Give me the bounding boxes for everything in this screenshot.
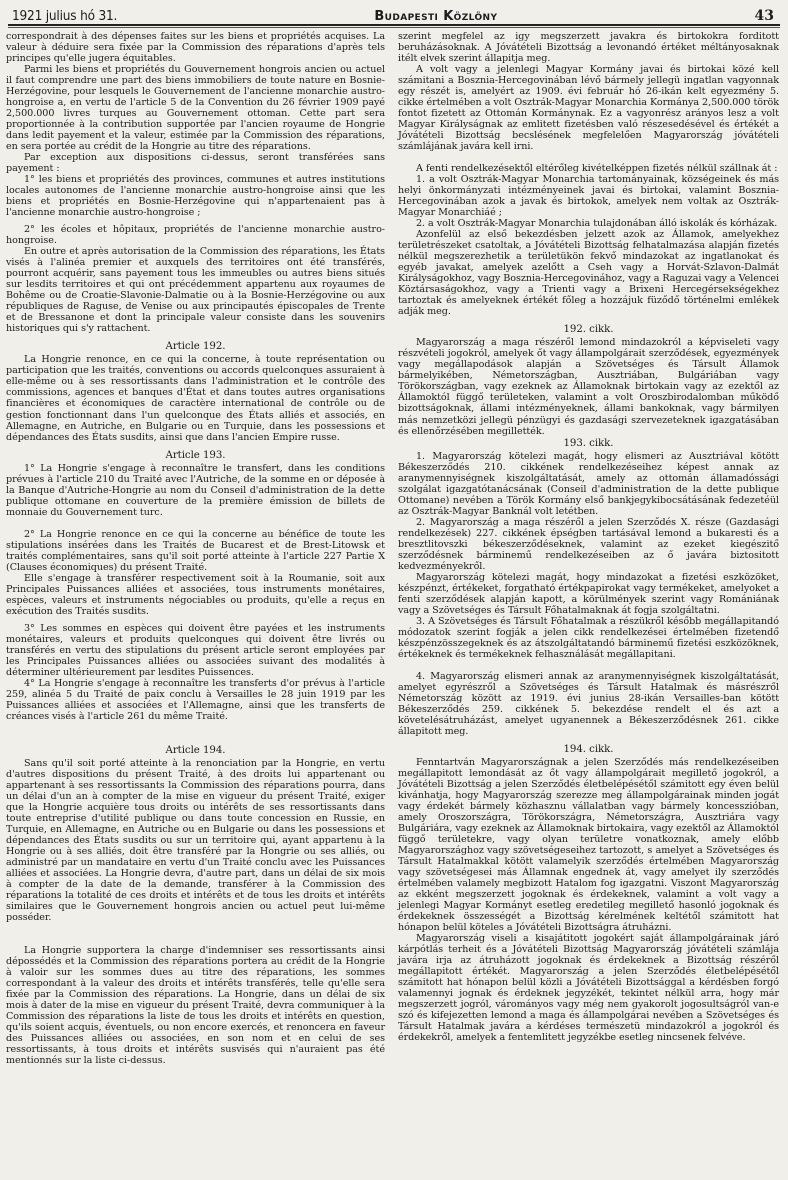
- paragraph: 2° La Hongrie renonce en ce qui la conce…: [6, 529, 385, 573]
- article-heading: 193. cikk.: [398, 437, 779, 451]
- paragraph: 4. Magyarország elismeri annak az aranym…: [398, 671, 779, 737]
- paragraph: Magyarország viseli a kisajátitott jogok…: [398, 933, 779, 1043]
- paragraph: A fenti rendelkezésektől eltérőleg kivét…: [398, 163, 779, 174]
- paragraph: 1. Magyarország kötelezi magát, hogy eli…: [398, 451, 779, 517]
- publication-title: Budapesti Közlöny: [374, 9, 497, 24]
- paragraph: Parmi les biens et propriétés du Gouvern…: [6, 64, 385, 152]
- paragraph: La Hongrie supportera la charge d'indemn…: [6, 945, 385, 1066]
- paragraph: Magyarország a maga részéről lemond mind…: [398, 337, 779, 436]
- article-heading: 194. cikk.: [398, 743, 779, 757]
- paragraph: Fenntartván Magyarországnak a jelen Szer…: [398, 757, 779, 933]
- header-rule-thin: [8, 27, 780, 28]
- paragraph: Magyarország kötelezi magát, hogy mindaz…: [398, 572, 779, 616]
- page-number: 43: [755, 8, 778, 24]
- paragraph: 2. a volt Osztrák-Magyar Monarchia tulaj…: [398, 218, 779, 229]
- paragraph: 1. a volt Osztrák-Magyar Monarchia tarto…: [398, 174, 779, 218]
- french-column: correspondrait à des dépenses faites sur…: [6, 31, 385, 1066]
- paragraph: correspondrait à des dépenses faites sur…: [6, 31, 385, 64]
- paragraph: 1° La Hongrie s'engage à reconnaître le …: [6, 463, 385, 518]
- paragraph: Azonfelül az első bekezdésben jelzett az…: [398, 229, 779, 317]
- paragraph: 3. A Szövetséges és Társult Főhatalmak a…: [398, 616, 779, 660]
- paragraph: Sans qu'il soit porté atteinte à la reno…: [6, 758, 385, 923]
- paragraph: 2° les écoles et hôpitaux, propriétés de…: [6, 224, 385, 246]
- paragraph: 4° La Hongrie s'engage à reconnaître les…: [6, 678, 385, 722]
- paragraph: 1° les biens et propriétés des provinces…: [6, 174, 385, 218]
- article-heading: Article 194.: [6, 744, 385, 758]
- article-heading: 192. cikk.: [398, 323, 779, 337]
- paragraph: 2. Magyarország a maga részéről a jelen …: [398, 517, 779, 572]
- article-heading: Article 192.: [6, 340, 385, 354]
- paragraph: 3° Les sommes en espèces qui doivent êtr…: [6, 623, 385, 678]
- article-heading: Article 193.: [6, 449, 385, 463]
- paragraph: La Hongrie renonce, en ce qui la concern…: [6, 354, 385, 442]
- hungarian-column: szerint megfelel az igy megszerzett java…: [398, 31, 779, 1043]
- paragraph: szerint megfelel az igy megszerzett java…: [398, 31, 779, 64]
- issue-date: 1921 julius hó 31.: [10, 8, 117, 24]
- paragraph: Elle s'engage à transférer respectivemen…: [6, 573, 385, 617]
- paragraph: A volt vagy a jelenlegi Magyar Kormány j…: [398, 64, 779, 152]
- page-header: 1921 julius hó 31. Budapesti Közlöny 43: [10, 4, 778, 24]
- paragraph: Par exception aux dispositions ci-dessus…: [6, 152, 385, 174]
- paragraph: En outre et après autorisation de la Com…: [6, 246, 385, 334]
- newspaper-page: 1921 julius hó 31. Budapesti Közlöny 43 …: [0, 0, 788, 1180]
